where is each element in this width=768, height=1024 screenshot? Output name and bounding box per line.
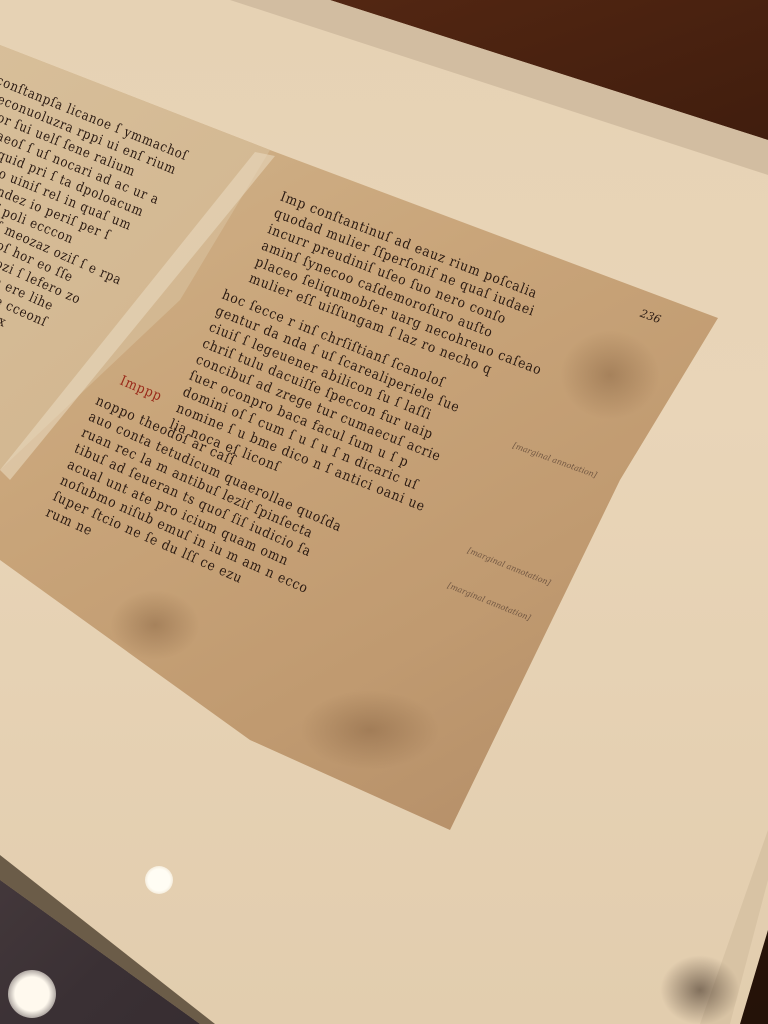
light-reflection-icon [8,970,56,1018]
parchment-stain [110,590,200,660]
parchment-stain [300,690,440,770]
shadow [660,955,740,1024]
museum-display-photo: conſtanpſa licanoe ſ ymmachoſ deconuoluz… [0,0,768,1024]
parchment-stain [560,330,660,420]
light-reflection-icon [145,866,173,894]
